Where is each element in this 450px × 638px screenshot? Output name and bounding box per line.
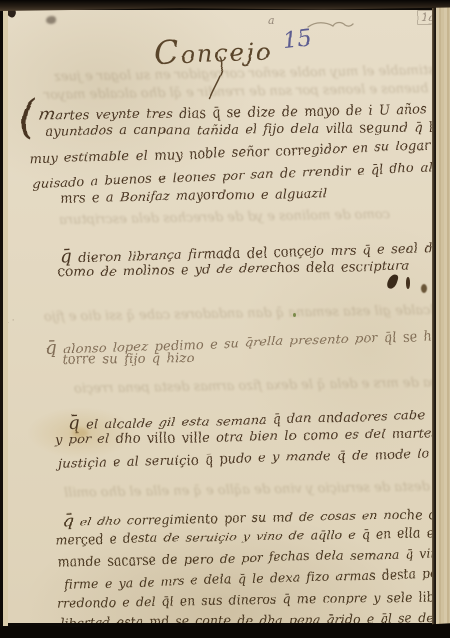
corner-mark-code: 1c (417, 11, 433, 24)
page-edge-shadow (432, 8, 436, 626)
ink-smudge (46, 16, 56, 24)
binding-gutter-line (0, 6, 3, 628)
page-stack-edges (436, 4, 450, 628)
manuscript-scan: muy estimable el muy noble señor corregi… (0, 0, 450, 638)
pen-squiggle-mark (306, 18, 354, 32)
text-line: libertad esta md se conte de dha pena q̄… (60, 609, 433, 623)
green-fleck (293, 313, 296, 317)
title-flourish (200, 56, 230, 102)
text-line: torre su fijo q̄ hizo (63, 351, 194, 368)
text-line: mrs e a Bonifaz mayordomo e alguazil (60, 187, 328, 207)
text-line: rredondo e del q̄l en sus dineros q̄ me … (57, 588, 433, 610)
ink-layer: Concejo 15 a 1c ( martes veynte tres dia… (4, 10, 433, 623)
parchment-page: muy estimable el muy noble señor corregi… (4, 10, 433, 623)
paper-stain (72, 428, 88, 438)
corner-mark-letter: a (268, 14, 275, 27)
margin-mark: ı · (6, 316, 20, 322)
binding-edge-strip (3, 8, 8, 626)
ink-blot (406, 277, 410, 289)
corner-mark-code-box: 1c (417, 10, 433, 25)
text-line: mande sacarse de pero de por fechas dela… (58, 543, 433, 569)
opening-bracket: ( (16, 89, 39, 144)
ink-blot (421, 284, 427, 293)
text-line: justiçia e al seruiçio q̄ pudo e y mande… (58, 445, 433, 472)
